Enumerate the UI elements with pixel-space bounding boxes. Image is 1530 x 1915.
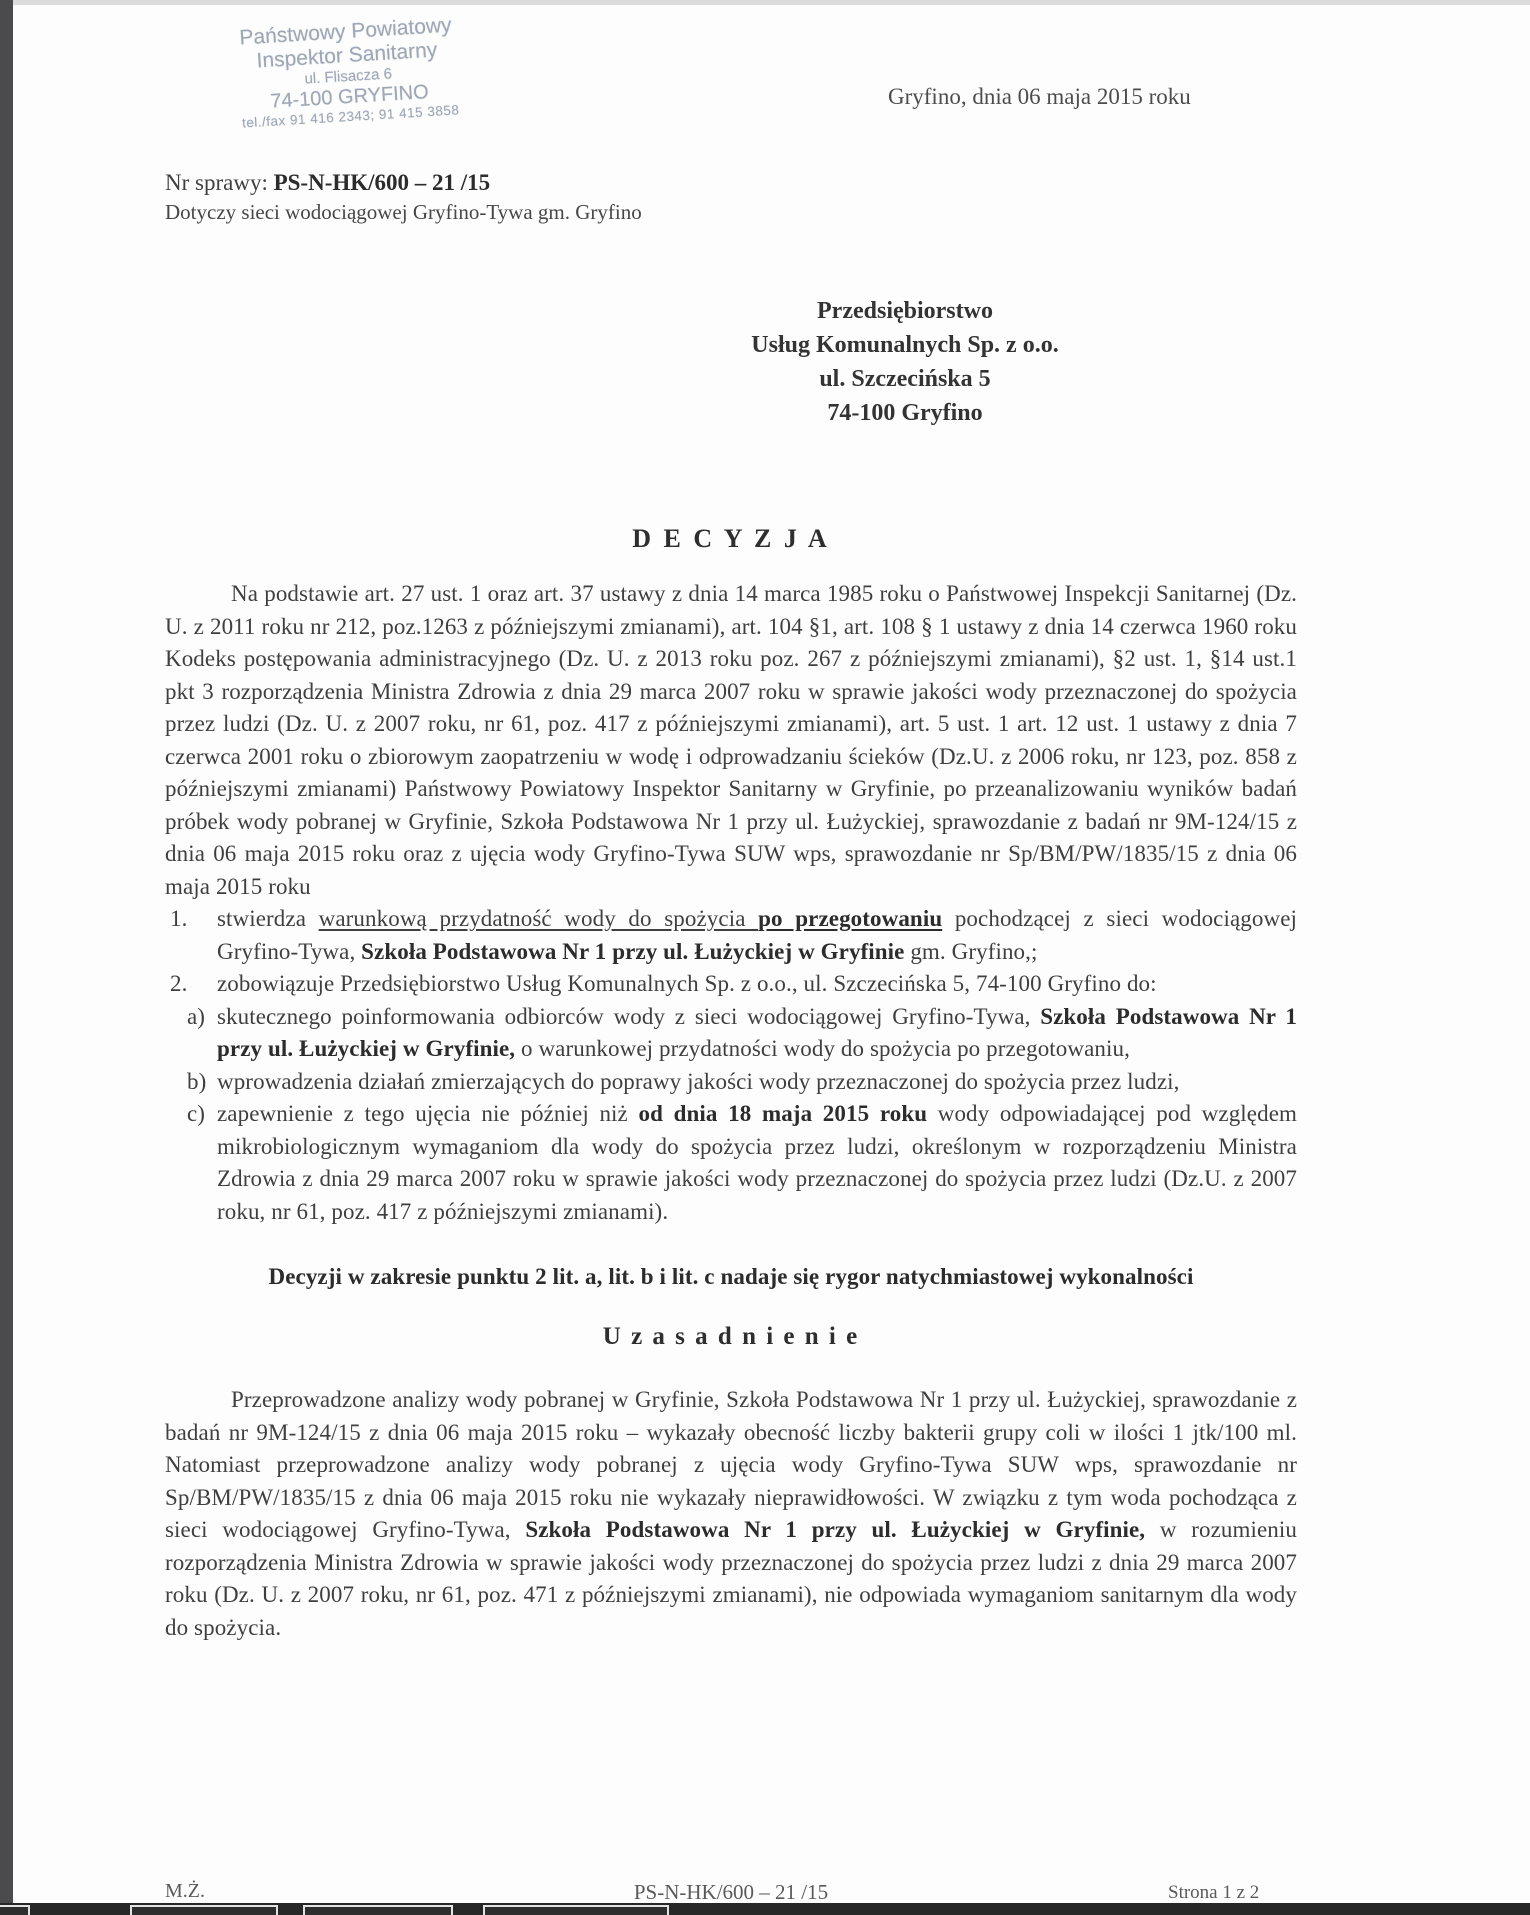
justification-heading: U z a s a d n i e n i e [165,1321,1297,1354]
subitem-a-run-3: o warunkowej przydatności wody do spożyc… [515,1036,1130,1061]
case-number-value: PS-N-HK/600 – 21 /15 [274,170,491,195]
footer-case-number: PS-N-HK/600 – 21 /15 [165,1880,1297,1905]
decision-item-1: 1. stwierdza warunkową przydatność wody … [165,903,1297,968]
document-date: Gryfino, dnia 06 maja 2015 roku [888,84,1191,110]
case-number-line: Nr sprawy: PS-N-HK/600 – 21 /15 [165,168,642,198]
item-1-run-2-underlined: warunkową przydatność wody do spożycia [319,906,758,931]
scan-artifact-box [130,1905,278,1915]
addressee-city: 74-100 Gryfino [690,396,1120,430]
case-number-label: Nr sprawy: [165,170,274,195]
addressee-street: ul. Szczecińska 5 [690,362,1120,396]
addressee-block: Przedsiębiorstwo Usług Komunalnych Sp. z… [690,294,1120,430]
scan-edge-top [13,0,1530,5]
subitem-a-marker: a) [187,1001,205,1034]
subitem-c-run-1: zapewnienie z tego ujęcia nie później ni… [217,1101,638,1126]
scan-edge-left [0,0,13,1915]
addressee-name-line1: Przedsiębiorstwo [690,294,1120,328]
subitem-c-run-2-bold: od dnia 18 maja 2015 roku [638,1101,927,1126]
addressee-name-line2: Usług Komunalnych Sp. z o.o. [690,328,1120,362]
justification-run-2-bold: Szkoła Podstawowa Nr 1 przy ul. Łużyckie… [525,1517,1145,1542]
office-stamp: Państwowy Powiatowy Inspektor Sanitarny … [215,12,481,133]
scanned-document-page: { "document": { "stamp": { "line1": "Pań… [0,0,1530,1915]
scan-artifact-box [483,1905,669,1915]
item-2-text: zobowiązuje Przedsiębiorstwo Usług Komun… [217,971,1157,996]
item-2-marker: 2. [170,968,187,1001]
decision-subitem-b: b) wprowadzenia działań zmierzających do… [165,1066,1297,1099]
decision-subitem-c: c) zapewnienie z tego ujęcia nie później… [165,1098,1297,1228]
subitem-b-text: wprowadzenia działań zmierzających do po… [217,1069,1179,1094]
subitem-c-marker: c) [187,1098,205,1131]
scan-artifact-box [303,1905,453,1915]
subitem-a-run-1: skutecznego poinformowania odbiorców wod… [217,1004,1040,1029]
item-1-run-1: stwierdza [217,906,319,931]
item-1-run-5-bold: Szkoła Podstawowa Nr 1 przy ul. Łużyckie… [361,939,904,964]
scan-artifact-box [0,1905,30,1915]
legal-basis-paragraph: Na podstawie art. 27 ust. 1 oraz art. 37… [165,578,1297,903]
document-title: D E C Y Z J A [165,524,1297,554]
decision-item-2: 2. zobowiązuje Przedsiębiorstwo Usług Ko… [165,968,1297,1001]
item-1-run-3-bold-underlined: po przegotowaniu [758,906,942,931]
item-1-run-6: gm. Gryfino,; [904,939,1037,964]
immediate-enforceability-clause: Decyzji w zakresie punktu 2 lit. a, lit.… [165,1261,1297,1294]
scan-edge-bottom [0,1903,1530,1915]
justification-paragraph: Przeprowadzone analizy wody pobranej w G… [165,1384,1297,1644]
case-subject: Dotyczy sieci wodociągowej Gryfino-Tywa … [165,198,642,226]
footer-page-number: Strona 1 z 2 [1168,1882,1259,1904]
item-1-marker: 1. [170,903,187,936]
case-block: Nr sprawy: PS-N-HK/600 – 21 /15 Dotyczy … [165,168,642,226]
decision-subitem-a: a) skutecznego poinformowania odbiorców … [165,1001,1297,1066]
subitem-b-marker: b) [187,1066,206,1099]
document-body: Na podstawie art. 27 ust. 1 oraz art. 37… [165,578,1297,1644]
